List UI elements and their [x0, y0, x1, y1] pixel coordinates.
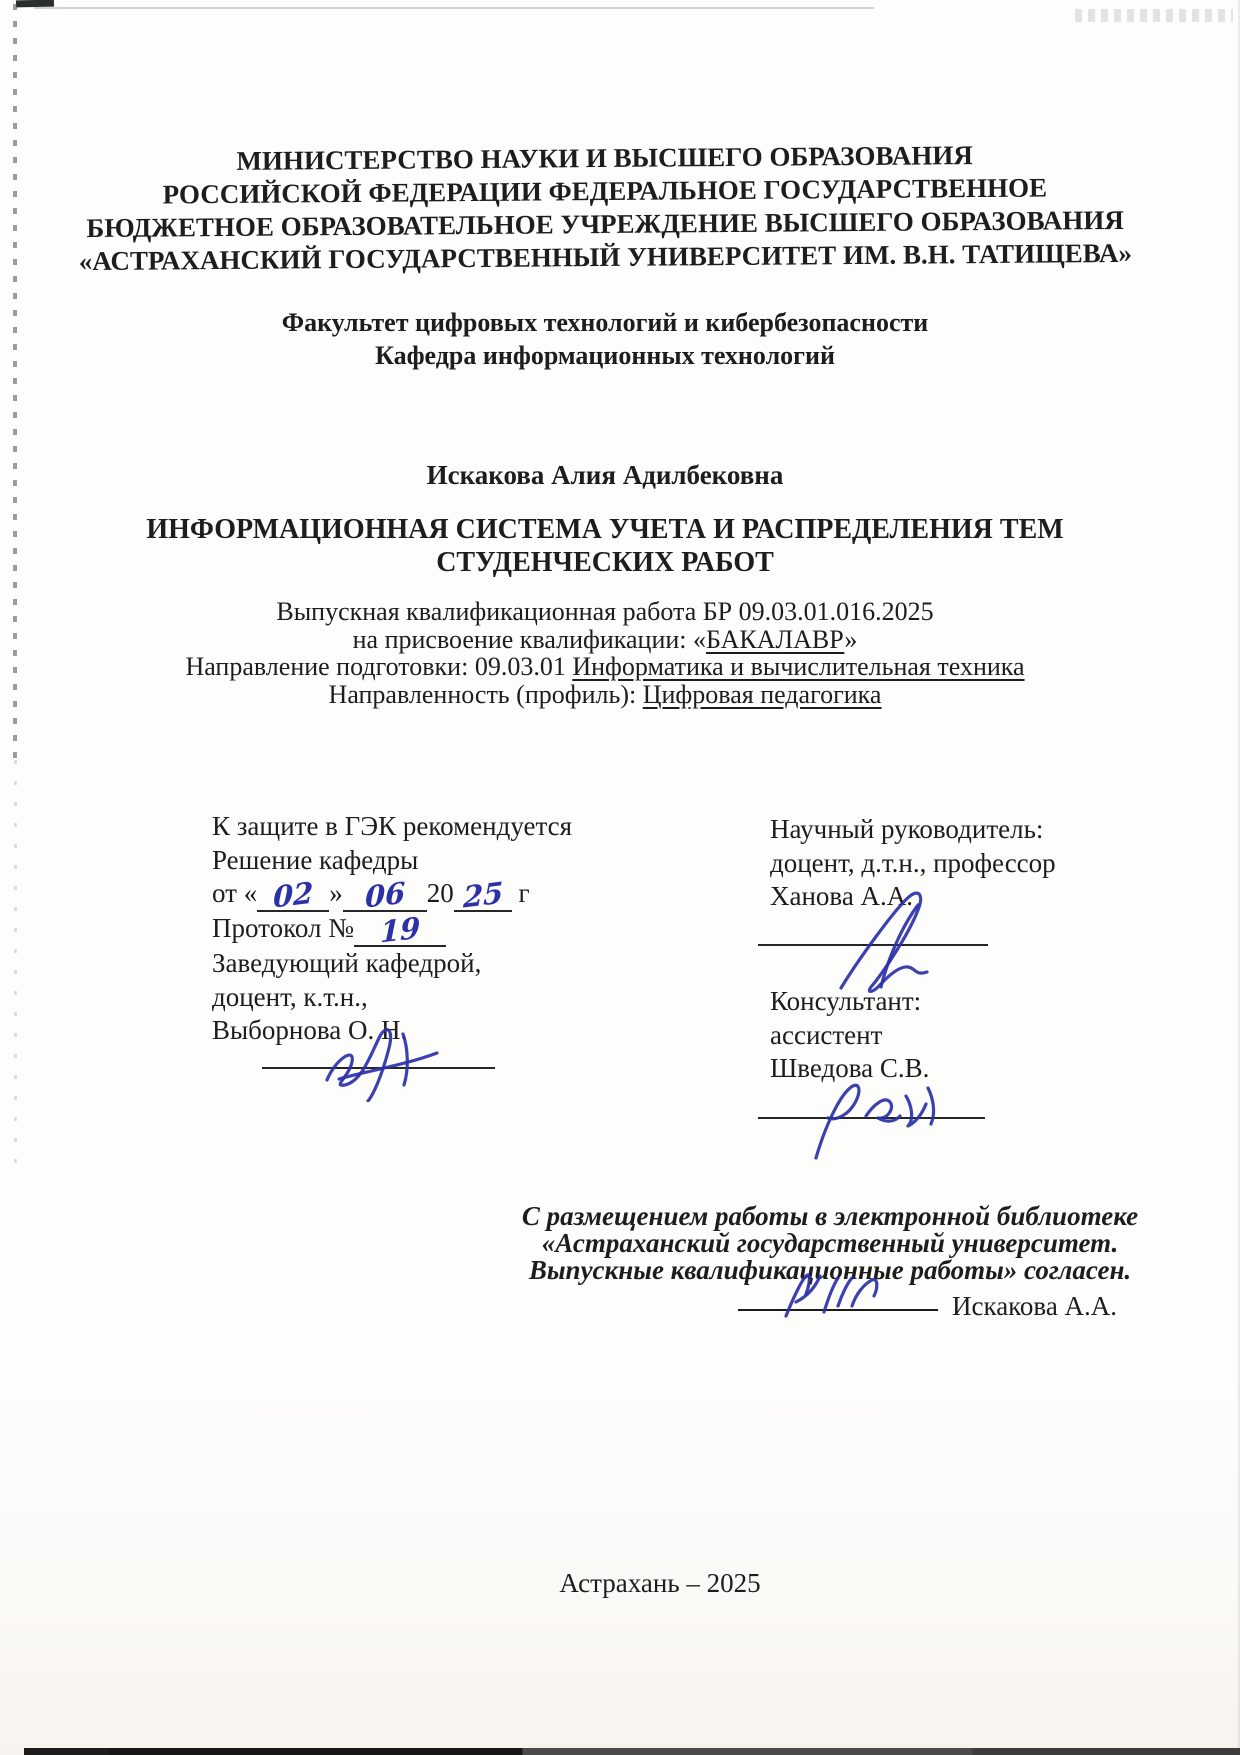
qualification-line: на присвоение квалификации: «БАКАЛАВР» — [50, 626, 1160, 654]
protocol-number-handwritten: 19 — [380, 911, 421, 950]
approval-decision-line: Решение кафедры — [212, 844, 682, 878]
consent-line-1: С размещением работы в электронной библи… — [480, 1203, 1180, 1230]
date-year-blank: 25 — [454, 880, 512, 912]
direction-value: Информатика и вычислительная техника — [572, 652, 1024, 681]
supervisor-label: Научный руководитель: — [770, 813, 1190, 847]
thesis-title: ИНФОРМАЦИОННАЯ СИСТЕМА УЧЕТА И РАСПРЕДЕЛ… — [50, 513, 1160, 579]
thesis-title-line-1: ИНФОРМАЦИОННАЯ СИСТЕМА УЧЕТА И РАСПРЕДЕЛ… — [50, 513, 1160, 546]
date-suffix: г — [518, 878, 529, 908]
supervisor-signature — [823, 888, 953, 993]
date-century: 20 — [427, 878, 454, 908]
consultant-rank: ассистент — [770, 1019, 1190, 1053]
protocol-blank: 19 — [354, 915, 446, 947]
consent-signature — [772, 1268, 887, 1323]
consent-signer-name: Искакова А.А. — [952, 1291, 1117, 1322]
profile-value: Цифровая педагогика — [643, 680, 882, 709]
direction-prefix: Направление подготовки: 09.03.01 — [185, 652, 572, 681]
date-close-quote: » — [329, 878, 343, 908]
scan-artifact-left-binding-marks — [13, 4, 17, 764]
consultant-label: Консультант: — [770, 985, 1190, 1019]
scan-artifact-bottom-edge — [24, 1748, 1240, 1755]
date-day-blank: 02 — [257, 880, 329, 912]
city-year: Астрахань – 2025 — [60, 1568, 1240, 1599]
qualification-suffix: » — [844, 625, 857, 654]
work-type-line: Выпускная квалификационная работа БР 09.… — [50, 598, 1160, 626]
date-day-handwritten: 02 — [273, 876, 314, 915]
date-prefix: от « — [212, 878, 257, 908]
thesis-title-line-2: СТУДЕНЧЕСКИХ РАБОТ — [50, 546, 1160, 579]
date-month-blank: 06 — [343, 880, 427, 912]
scan-artifact-top-line — [34, 7, 874, 9]
supervisor-rank: доцент, д.т.н., профессор — [770, 847, 1190, 881]
author-name: Искакова Алия Адилбековна — [50, 460, 1160, 491]
faculty-department-block: Факультет цифровых технологий и кибербез… — [50, 306, 1160, 372]
protocol-line: Протокол №19 — [212, 912, 682, 947]
department-name: Кафедра информационных технологий — [50, 339, 1160, 372]
direction-line: Направление подготовки: 09.03.01 Информа… — [50, 653, 1160, 681]
protocol-label: Протокол № — [212, 913, 354, 943]
consultant-signature — [788, 1068, 978, 1163]
ministry-header: МИНИСТЕРСТВО НАУКИ И ВЫСШЕГО ОБРАЗОВАНИЯ… — [49, 138, 1160, 279]
approval-recommend-line: К защите в ГЭК рекомендуется — [212, 810, 682, 844]
work-info-block: Выпускная квалификационная работа БР 09.… — [50, 598, 1160, 708]
head-signature — [305, 1022, 455, 1102]
faculty-name: Факультет цифровых технологий и кибербез… — [50, 306, 1160, 339]
scan-artifact-left-binding-marks-faint — [14, 760, 17, 1180]
qualification-prefix: на присвоение квалификации: « — [353, 625, 706, 654]
scanned-title-page: МИНИСТЕРСТВО НАУКИ И ВЫСШЕГО ОБРАЗОВАНИЯ… — [0, 0, 1240, 1755]
head-title-line-1: Заведующий кафедрой, — [212, 947, 682, 981]
date-month-handwritten: 06 — [364, 876, 405, 915]
scan-artifact-top-right-speckle — [1075, 9, 1233, 22]
profile-line: Направленность (профиль): Цифровая педаг… — [50, 681, 1160, 709]
consent-line-2: «Астраханский государственный университе… — [480, 1230, 1180, 1257]
approval-date-line: от «02»062025 г — [212, 877, 682, 912]
head-title-line-2: доцент, к.т.н., — [212, 981, 682, 1015]
qualification-value: БАКАЛАВР — [706, 625, 844, 654]
profile-prefix: Направленность (профиль): — [329, 680, 643, 709]
approval-block: К защите в ГЭК рекомендуется Решение каф… — [212, 810, 682, 1048]
date-year-handwritten: 25 — [462, 876, 503, 915]
